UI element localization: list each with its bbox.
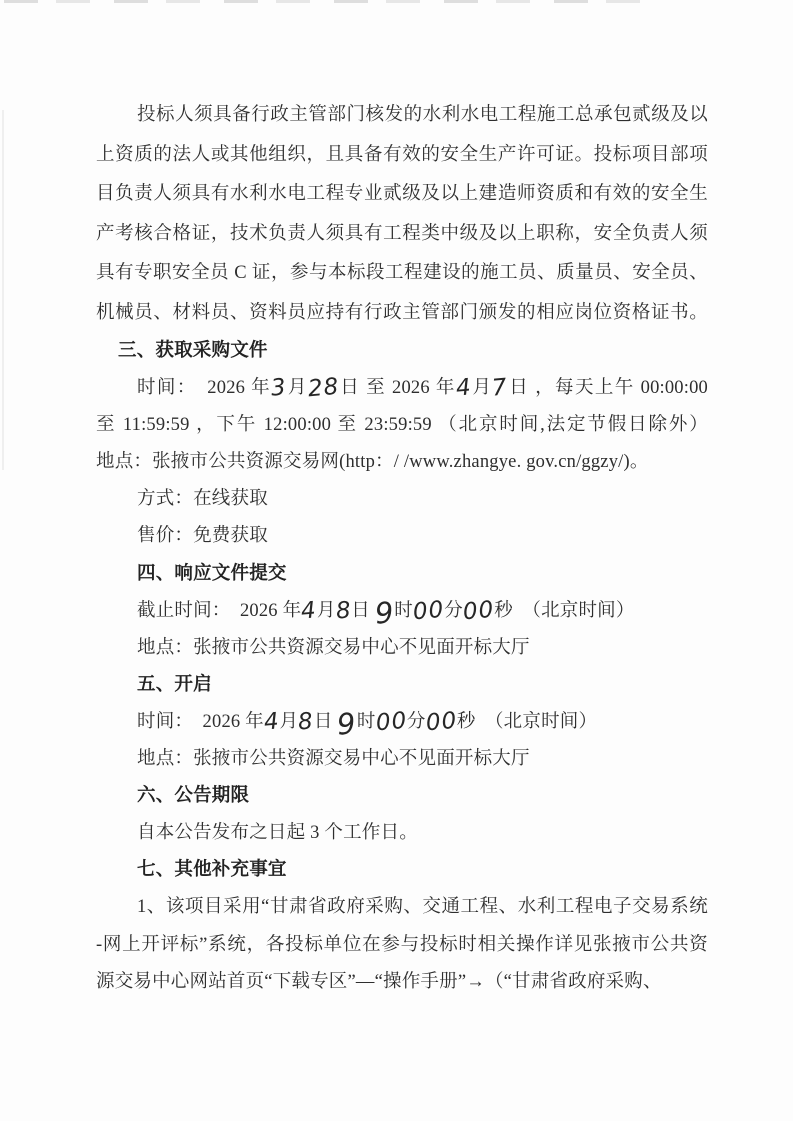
time-text: 分 bbox=[407, 712, 426, 732]
qualification-line: 产考核合格证，技术负责人须具有工程类中级及以上职称，安全负责人须 bbox=[96, 215, 708, 255]
section6-body-line: 自本公告发布之日起 3 个工作日。 bbox=[137, 815, 708, 852]
qualification-line: 具有专职安全员 C 证，参与本标段工程建设的施工员、质量员、安全员、 bbox=[96, 254, 708, 294]
time-text: 月 bbox=[287, 378, 308, 398]
time-text: 月 bbox=[471, 378, 492, 398]
handwritten-second: 00 bbox=[462, 598, 495, 624]
time-text: 时间： 2026 年 bbox=[137, 712, 264, 732]
time-text: 月 bbox=[280, 712, 299, 732]
section6-heading: 六、公告期限 bbox=[137, 778, 708, 815]
scanner-top-edge-artifact bbox=[4, 0, 644, 3]
qualification-line: 机械员、材料员、资料员应持有行政主管部门颁发的相应岗位资格证书。 bbox=[96, 294, 708, 334]
section7-line: 源交易中心网站首页“下载专区”—“操作手册”→（“甘肃省政府采购、 bbox=[96, 964, 708, 1001]
deadline-text: 日 bbox=[351, 601, 375, 621]
section3-price-line: 售价：免费获取 bbox=[137, 518, 708, 555]
handwritten-day: 8 bbox=[335, 599, 353, 623]
deadline-text: 分 bbox=[444, 601, 463, 621]
document-content: 投标人须具备行政主管部门核发的水利水电工程施工总承包贰级及以 上资质的法人或其他… bbox=[96, 96, 708, 1001]
time-text: 日 至 2026 年 bbox=[339, 378, 456, 398]
section7-line: 1、该项目采用“甘肃省政府采购、交通工程、水利工程电子交易系统 bbox=[137, 889, 708, 926]
handwritten-day: 8 bbox=[297, 710, 315, 734]
section5-heading: 五、开启 bbox=[137, 667, 708, 704]
section3-location-line: 地点：张掖市公共资源交易网(http：/ /www.zhangye. gov.c… bbox=[96, 444, 708, 481]
scanned-document-page: 投标人须具备行政主管部门核发的水利水电工程施工总承包贰级及以 上资质的法人或其他… bbox=[0, 0, 793, 1121]
scanner-left-edge-artifact bbox=[2, 110, 4, 470]
section3-heading: 三、获取采购文件 bbox=[118, 333, 708, 370]
qualification-line: 投标人须具备行政主管部门核发的水利水电工程施工总承包贰级及以 bbox=[137, 96, 708, 136]
time-text: 时间： 2026 年 bbox=[137, 378, 271, 398]
section4-heading: 四、响应文件提交 bbox=[137, 556, 708, 593]
handwritten-minute: 00 bbox=[375, 710, 408, 736]
section5-location-line: 地点：张掖市公共资源交易中心不见面开标大厅 bbox=[137, 741, 708, 778]
section3-time-line-2: 至 11:59:59 ，下午 12:00:00 至 23:59:59 （北京时间… bbox=[96, 407, 708, 444]
handwritten-month: 4 bbox=[300, 599, 318, 623]
deadline-text: 截止时间： 2026 年 bbox=[137, 601, 301, 621]
time-text: 秒 （北京时间） bbox=[457, 712, 597, 732]
section3-method-line: 方式：在线获取 bbox=[137, 481, 708, 518]
section4-deadline-line: 截止时间： 2026 年4月8日 9时00分00秒 （北京时间） bbox=[137, 593, 708, 630]
section4-location-line: 地点：张掖市公共资源交易中心不见面开标大厅 bbox=[137, 630, 708, 667]
qualification-paragraph: 投标人须具备行政主管部门核发的水利水电工程施工总承包贰级及以 上资质的法人或其他… bbox=[96, 96, 708, 333]
handwritten-month-1: 3 bbox=[270, 376, 288, 400]
deadline-text: 时 bbox=[394, 601, 413, 621]
section7-heading: 七、其他补充事宜 bbox=[137, 852, 708, 889]
handwritten-month-2: 4 bbox=[455, 376, 473, 400]
handwritten-day-2: 7 bbox=[491, 376, 509, 400]
handwritten-hour: 9 bbox=[374, 598, 396, 629]
time-text: 日 ，每天上午 00:00:00 bbox=[508, 378, 708, 398]
qualification-line: 目负责人须具有水利水电工程专业贰级及以上建造师资质和有效的安全生 bbox=[96, 175, 708, 215]
qualification-line: 上资质的法人或其他组织，且具备有效的安全生产许可证。投标项目部项 bbox=[96, 136, 708, 176]
section5-time-line: 时间： 2026 年4月8日 9时00分00秒 （北京时间） bbox=[137, 704, 708, 741]
handwritten-second: 00 bbox=[425, 710, 458, 736]
handwritten-day-1: 28 bbox=[307, 376, 340, 402]
section3-time-line: 时间： 2026 年3月28日 至 2026 年4月7日 ，每天上午 00:00… bbox=[137, 370, 708, 407]
deadline-text: 月 bbox=[317, 601, 336, 621]
handwritten-month: 4 bbox=[263, 710, 281, 734]
handwritten-hour: 9 bbox=[336, 709, 358, 740]
time-text: 时 bbox=[357, 712, 376, 732]
section7-line: -网上开评标”系统，各投标单位在参与投标时相关操作详见张掖市公共资 bbox=[96, 927, 708, 964]
handwritten-minute: 00 bbox=[412, 598, 445, 624]
deadline-text: 秒 （北京时间） bbox=[494, 601, 634, 621]
time-text: 日 bbox=[314, 712, 338, 732]
